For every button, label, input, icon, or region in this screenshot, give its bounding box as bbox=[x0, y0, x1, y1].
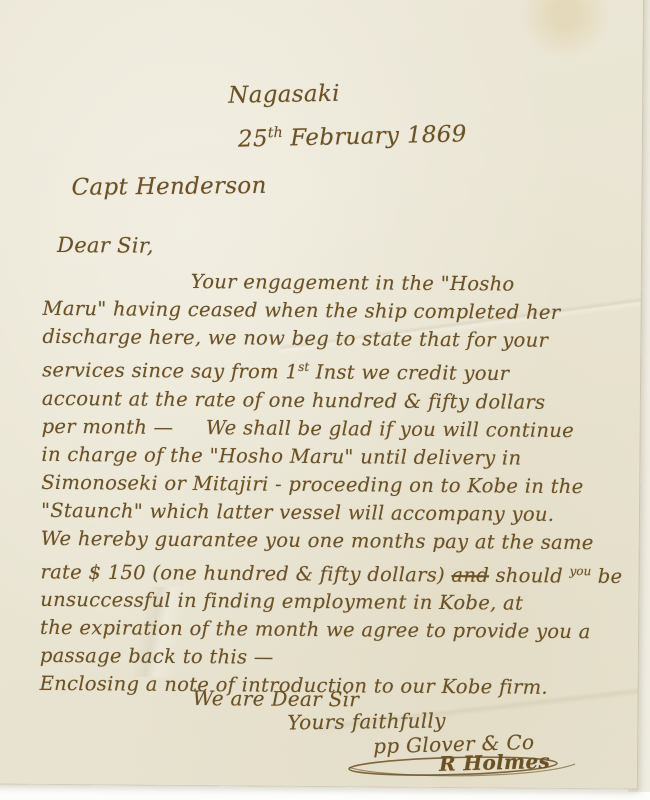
text-segment: account at the rate of one hundred & fif… bbox=[42, 386, 546, 413]
letter-line: the expiration of the month we agree to … bbox=[40, 614, 620, 647]
text-segment: the expiration of the month we agree to … bbox=[40, 616, 591, 643]
letter-line: passage back to this — bbox=[40, 642, 620, 675]
text-segment: and bbox=[451, 563, 489, 586]
letter-body: Your engagement in the "HoshoMaru" havin… bbox=[40, 267, 623, 703]
letter-line: discharge here, we now beg to state that… bbox=[42, 323, 622, 356]
valediction-line-2: Yours faithfully bbox=[287, 708, 446, 734]
letter-line: account at the rate of one hundred & fif… bbox=[42, 384, 622, 417]
letter-line: Maru" having ceased when the ship comple… bbox=[42, 295, 622, 328]
salutation-line: Dear Sir, bbox=[57, 233, 154, 258]
letter-line: services since say from 1st Inst we cred… bbox=[42, 351, 622, 389]
text-segment: rate $ 150 (one hundred & fifty dollars) bbox=[40, 560, 451, 586]
place-line: Nagasaki bbox=[228, 81, 340, 109]
text-segment: services since say from 1 bbox=[42, 358, 298, 383]
text-segment: st bbox=[298, 360, 309, 374]
letter-line: Your engagement in the "Hosho bbox=[43, 267, 623, 300]
letter-line: rate $ 150 (one hundred & fifty dollars)… bbox=[40, 552, 620, 590]
photo-background: Nagasaki 25th February 1869 Capt Henders… bbox=[0, 0, 650, 800]
signature-line: R Holmes bbox=[439, 749, 551, 776]
letter-line: per month — We shall be glad if you will… bbox=[42, 412, 622, 445]
text-segment: per month — We shall be glad if you will… bbox=[42, 414, 575, 441]
text-segment: 25 bbox=[238, 126, 268, 153]
text-segment: should bbox=[489, 563, 570, 587]
date-line: 25th February 1869 bbox=[238, 121, 467, 153]
text-segment: you bbox=[569, 564, 591, 578]
text-segment: passage back to this — bbox=[40, 644, 274, 669]
text-segment: Inst we credit your bbox=[309, 360, 509, 385]
letter-line: unsuccessful in finding employment in Ko… bbox=[40, 586, 620, 619]
letter-line: We hereby guarantee you one months pay a… bbox=[41, 524, 621, 557]
text-segment: in charge of the "Hosho Maru" until deli… bbox=[41, 442, 521, 469]
letter-line: in charge of the "Hosho Maru" until deli… bbox=[41, 440, 621, 473]
text-segment: th bbox=[268, 125, 283, 141]
letter-paper: Nagasaki 25th February 1869 Capt Henders… bbox=[0, 0, 644, 790]
valediction-line-1: We are Dear Sir bbox=[192, 686, 359, 711]
text-segment: be bbox=[591, 564, 622, 587]
text-segment: Simonoseki or Mitajiri - proceeding on t… bbox=[41, 470, 583, 497]
text-segment: Your engagement in the "Hosho bbox=[191, 270, 515, 296]
letter-line: "Staunch" which latter vessel will accom… bbox=[41, 496, 621, 529]
text-segment: We hereby guarantee you one months pay a… bbox=[41, 526, 594, 553]
text-segment: Maru" having ceased when the ship comple… bbox=[43, 297, 561, 324]
text-segment: "Staunch" which latter vessel will accom… bbox=[41, 498, 554, 525]
text-segment: unsuccessful in finding employment in Ko… bbox=[40, 588, 523, 615]
text-segment: February 1869 bbox=[282, 121, 466, 151]
text-segment: discharge here, we now beg to state that… bbox=[42, 325, 548, 352]
letter-line: Simonoseki or Mitajiri - proceeding on t… bbox=[41, 468, 621, 501]
addressee-line: Capt Henderson bbox=[71, 173, 266, 201]
